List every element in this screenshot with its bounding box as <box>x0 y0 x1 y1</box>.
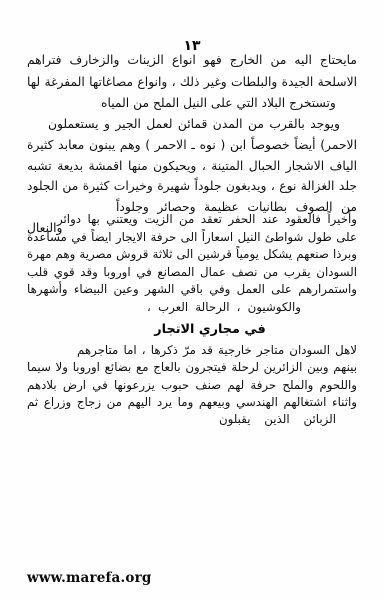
text-line: الياف الاشجار الحبال المتينة ، ويحيكون م… <box>27 156 357 177</box>
text-line: الاسلحة الجيدة والبلطات وغير ذلك ، وانوا… <box>27 72 357 94</box>
text-line: لاهل السودان متاجر خارجية قد مرّ ذكرها ،… <box>27 342 357 359</box>
paragraph-3: وأخيراً فالعقود عند الحفر تعقد من الزيت … <box>27 211 357 317</box>
text-line: وتستخرج البلاد التي على النيل الملح من ا… <box>27 93 357 115</box>
text-line: بينهم وبين الزائرين لرحلة فيتجرون بالعاج… <box>27 359 357 376</box>
scanned-book-page: ١٣ مايحتاج اليه من الخارج فهو انواع الزي… <box>0 0 384 600</box>
text-line: الزبائن الذين يقبلون اليه <box>27 411 357 428</box>
text-line: وأخيراً فالعقود عند الحفر تعقد من الزيت … <box>27 211 357 229</box>
text-line: وبرذا صنعهم يشكل يومياً قرشين الى ثلاثة … <box>27 246 357 264</box>
watermark-url: www.marefa.org <box>27 570 152 586</box>
text-line: ويوجد بالقرب من المدن قمائن لعمل الجير و… <box>27 114 357 135</box>
text-line: جلد الغزالة نوع ، ويدبغون جلوداً شهيرة و… <box>27 176 357 197</box>
text-line: واثناء اشتغالهم الهندسي وبيعهم وما يرد ا… <box>27 394 357 411</box>
text-line: على طول شواطئ النيل اسعاراً الى حرفة الا… <box>27 229 357 247</box>
text-line: الاحمر) أيضاً خصوصاً ابن ( نوه ـ الاحمر … <box>27 135 357 156</box>
paragraph-4: لاهل السودان متاجر خارجية قد مرّ ذكرها ،… <box>27 342 357 428</box>
section-heading: في مجاري الاتجار <box>27 322 357 337</box>
text-line: واستمرارهم على العمل وفي باقي الشهر وعين… <box>27 281 357 299</box>
paragraph-1: مايحتاج اليه من الخارج فهو انواع الزينات… <box>27 50 357 115</box>
text-line: السودان يقرب من نصف عمال المصانع في اورو… <box>27 264 357 282</box>
text-line: واللحوم والملح حرفة لهم صنف حبوب يزرعونه… <box>27 377 357 394</box>
text-line: مايحتاج اليه من الخارج فهو انواع الزينات… <box>27 50 357 72</box>
text-line: والكوشيون ، الرحالة العرب ، صلاتهم فيهم <box>27 299 357 317</box>
